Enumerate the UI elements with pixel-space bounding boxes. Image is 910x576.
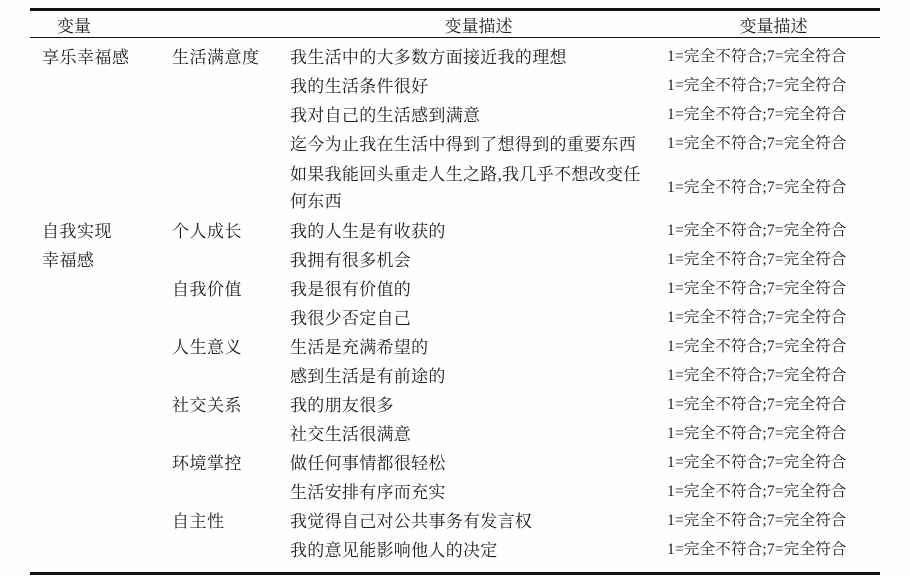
item-cell: 我很少否定自己 — [290, 305, 667, 332]
item-cell: 我的生活条件很好 — [290, 73, 667, 100]
scale-cell: 1=完全不符合;7=完全符合 — [667, 509, 880, 534]
dimension-cell: 环境掌控 — [172, 450, 290, 477]
table-row: 享乐幸福感 生活满意度 我生活中的大多数方面接近我的理想 1=完全不符合;7=完… — [30, 43, 880, 72]
item-cell: 我对自己的生活感到满意 — [290, 102, 667, 129]
scale-cell: 1=完全不符合;7=完全符合 — [667, 219, 880, 244]
table-row: 社交关系 我的朋友很多 1=完全不符合;7=完全符合 — [30, 391, 880, 420]
item-cell: 社交生活很满意 — [290, 421, 667, 448]
item-cell: 我的人生是有收获的 — [290, 218, 667, 245]
table-row: 自我实现 个人成长 我的人生是有收获的 1=完全不符合;7=完全符合 — [30, 217, 880, 246]
item-cell: 我的朋友很多 — [290, 392, 667, 419]
scale-cell: 1=完全不符合;7=完全符合 — [667, 480, 880, 505]
table-row: 我很少否定自己 1=完全不符合;7=完全符合 — [30, 304, 880, 333]
item-cell: 如果我能回头重走人生之路,我几乎不想改变任何东西 — [290, 161, 667, 215]
category-cell: 享乐幸福感 — [30, 44, 172, 71]
dimension-cell: 人生意义 — [172, 334, 290, 361]
scale-cell: 1=完全不符合;7=完全符合 — [667, 393, 880, 418]
item-cell: 我生活中的大多数方面接近我的理想 — [290, 44, 667, 71]
item-cell: 我拥有很多机会 — [290, 247, 667, 274]
header-variable: 变量 — [30, 12, 290, 37]
dimension-cell: 自主性 — [172, 508, 290, 535]
scale-cell: 1=完全不符合;7=完全符合 — [667, 335, 880, 360]
item-cell: 迄今为止我在生活中得到了想得到的重要东西 — [290, 131, 667, 158]
table-row: 我的意见能影响他人的决定 1=完全不符合;7=完全符合 — [30, 536, 880, 565]
dimension-cell: 个人成长 — [172, 218, 290, 245]
table-row: 我的生活条件很好 1=完全不符合;7=完全符合 — [30, 72, 880, 101]
table-row: 环境掌控 做任何事情都很轻松 1=完全不符合;7=完全符合 — [30, 449, 880, 478]
dimension-cell: 生活满意度 — [172, 44, 290, 71]
scale-cell: 1=完全不符合;7=完全符合 — [667, 451, 880, 476]
category-cell: 自我实现 — [30, 218, 172, 245]
header-description-1: 变量描述 — [290, 12, 667, 37]
scale-cell: 1=完全不符合;7=完全符合 — [667, 176, 880, 201]
dimension-cell: 社交关系 — [172, 392, 290, 419]
table-body: 享乐幸福感 生活满意度 我生活中的大多数方面接近我的理想 1=完全不符合;7=完… — [30, 38, 880, 572]
table-row: 幸福感 我拥有很多机会 1=完全不符合;7=完全符合 — [30, 246, 880, 275]
scale-cell: 1=完全不符合;7=完全符合 — [667, 277, 880, 302]
item-cell: 感到生活是有前途的 — [290, 363, 667, 390]
scale-cell: 1=完全不符合;7=完全符合 — [667, 103, 880, 128]
paper-page: 变量 变量描述 变量描述 享乐幸福感 生活满意度 我生活中的大多数方面接近我的理… — [0, 0, 910, 576]
category-cell: 幸福感 — [30, 247, 172, 274]
scale-cell: 1=完全不符合;7=完全符合 — [667, 132, 880, 157]
dimension-cell: 自我价值 — [172, 276, 290, 303]
scale-cell: 1=完全不符合;7=完全符合 — [667, 364, 880, 389]
table-row: 自主性 我觉得自己对公共事务有发言权 1=完全不符合;7=完全符合 — [30, 507, 880, 536]
item-cell: 我的意见能影响他人的决定 — [290, 537, 667, 564]
scale-cell: 1=完全不符合;7=完全符合 — [667, 306, 880, 331]
variables-table: 变量 变量描述 变量描述 享乐幸福感 生活满意度 我生活中的大多数方面接近我的理… — [30, 8, 880, 575]
table-row: 生活安排有序而充实 1=完全不符合;7=完全符合 — [30, 478, 880, 507]
table-row: 社交生活很满意 1=完全不符合;7=完全符合 — [30, 420, 880, 449]
table-row: 迄今为止我在生活中得到了想得到的重要东西 1=完全不符合;7=完全符合 — [30, 130, 880, 159]
table-header-row: 变量 变量描述 变量描述 — [30, 11, 880, 38]
scale-cell: 1=完全不符合;7=完全符合 — [667, 248, 880, 273]
item-cell: 生活是充满希望的 — [290, 334, 667, 361]
table-row: 人生意义 生活是充满希望的 1=完全不符合;7=完全符合 — [30, 333, 880, 362]
scale-cell: 1=完全不符合;7=完全符合 — [667, 422, 880, 447]
item-cell: 我是很有价值的 — [290, 276, 667, 303]
item-cell: 我觉得自己对公共事务有发言权 — [290, 508, 667, 535]
scale-cell: 1=完全不符合;7=完全符合 — [667, 538, 880, 563]
header-description-2: 变量描述 — [667, 12, 880, 37]
table-row: 感到生活是有前途的 1=完全不符合;7=完全符合 — [30, 362, 880, 391]
table-row: 自我价值 我是很有价值的 1=完全不符合;7=完全符合 — [30, 275, 880, 304]
table-row: 如果我能回头重走人生之路,我几乎不想改变任何东西 1=完全不符合;7=完全符合 — [30, 159, 880, 217]
item-cell: 生活安排有序而充实 — [290, 479, 667, 506]
table-row: 我对自己的生活感到满意 1=完全不符合;7=完全符合 — [30, 101, 880, 130]
item-cell: 做任何事情都很轻松 — [290, 450, 667, 477]
scale-cell: 1=完全不符合;7=完全符合 — [667, 74, 880, 99]
scale-cell: 1=完全不符合;7=完全符合 — [667, 45, 880, 70]
